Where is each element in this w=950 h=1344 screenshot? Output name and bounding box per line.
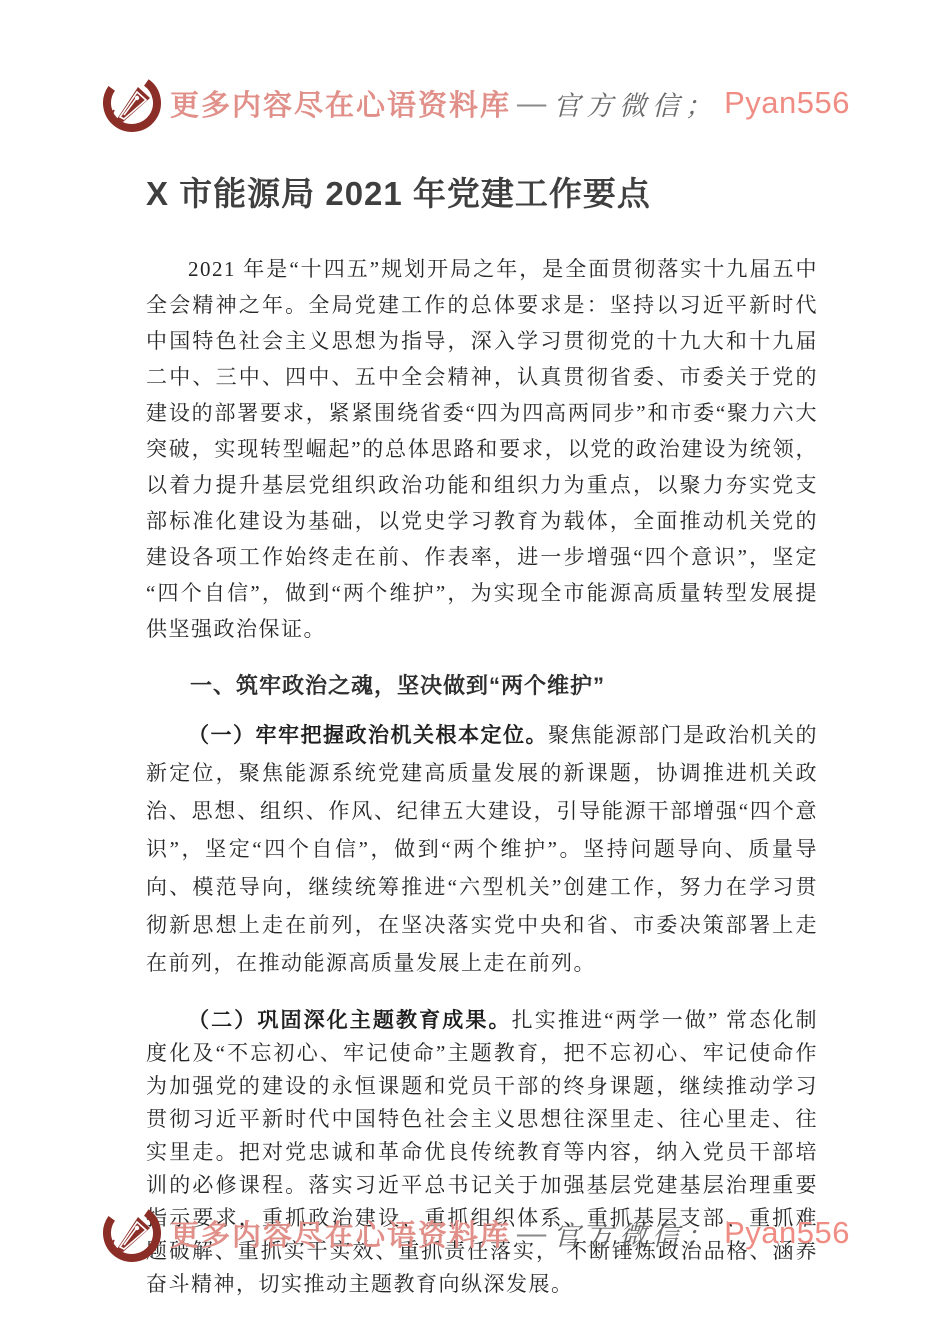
banner-dash: — (517, 1217, 546, 1250)
item-2-lead: （二）巩固深化主题教育成果。 (188, 1008, 512, 1032)
document-title: X 市能源局 2021 年党建工作要点 (146, 168, 818, 215)
banner-wechat-label: 官方微信； (553, 84, 718, 123)
banner-dash: — (517, 87, 546, 120)
banner-wechat-id: Pyan556 (724, 85, 850, 121)
section-1-item-1: （一）牢牢把握政治机关根本定位。聚焦能源部门是政治机关的新定位，聚焦能源系统党建… (146, 716, 818, 982)
header-watermark-banner: 更多内容尽在心语资料库—官方微信； Pyan556 (0, 70, 950, 136)
pen-nib-circle-icon (100, 70, 164, 136)
item-1-lead: （一）牢牢把握政治机关根本定位。 (188, 723, 548, 747)
item-1-body: 聚焦能源部门是政治机关的新定位，聚焦能源系统党建高质量发展的新课题，协调推进机关… (146, 723, 818, 975)
document-page: 更多内容尽在心语资料库—官方微信； Pyan556 X 市能源局 2021 年党… (0, 0, 950, 1344)
section-1-heading: 一、筑牢政治之魂，坚决做到“两个维护” (146, 669, 818, 700)
banner-wechat-label: 官方微信； (553, 1214, 718, 1253)
document-content: X 市能源局 2021 年党建工作要点 2021 年是“十四五”规划开局之年，是… (146, 168, 818, 1301)
intro-paragraph: 2021 年是“十四五”规划开局之年，是全面贯彻落实十九届五中全会精神之年。全局… (146, 251, 818, 647)
banner-brand-text: 更多内容尽在心语资料库 (170, 83, 511, 124)
banner-wechat-id: Pyan556 (724, 1215, 850, 1251)
pen-nib-circle-icon (100, 1200, 164, 1266)
footer-watermark-banner: 更多内容尽在心语资料库—官方微信； Pyan556 (0, 1200, 950, 1266)
banner-brand-text: 更多内容尽在心语资料库 (170, 1213, 511, 1254)
